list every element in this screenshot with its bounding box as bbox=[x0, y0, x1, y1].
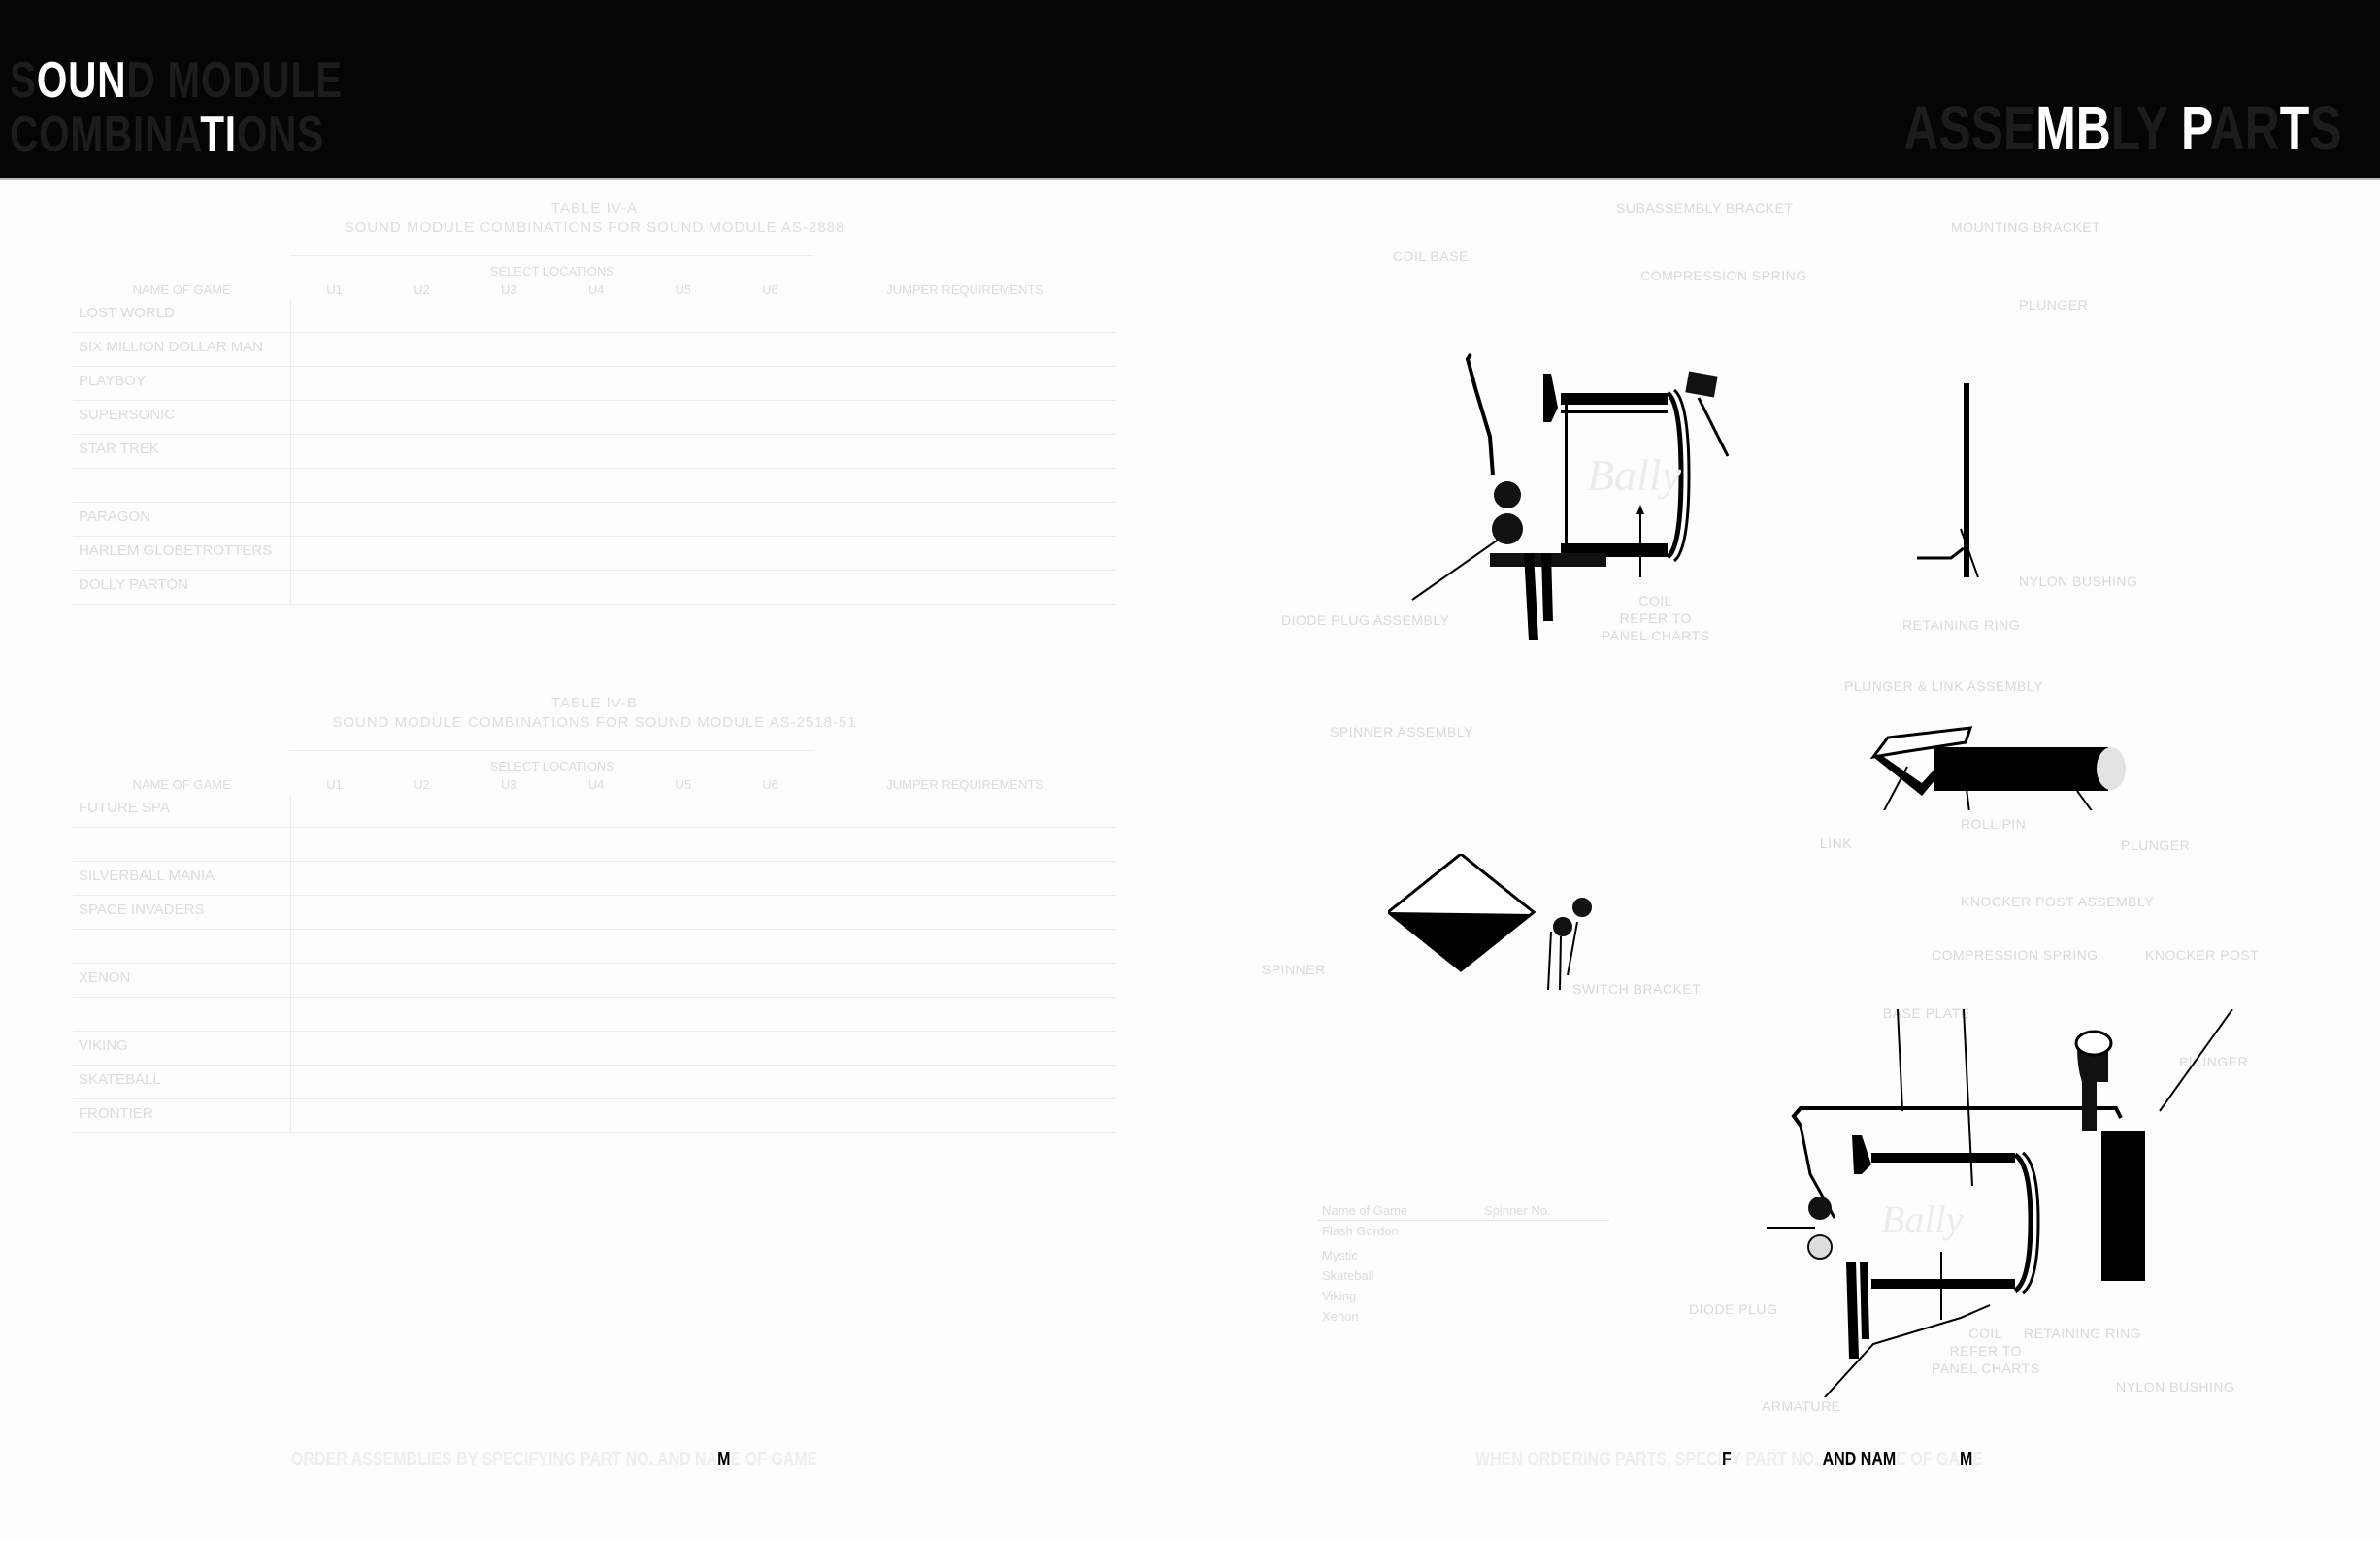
column-header: JUMPER REQUIREMENTS bbox=[813, 775, 1116, 794]
title-faded-text: S bbox=[10, 52, 37, 109]
game-name bbox=[73, 469, 290, 503]
plunger-link-diagram bbox=[1864, 723, 2155, 810]
footer-note-right: WHEN ORDERING PARTS, SPECIFY PART NO. AN… bbox=[1475, 1449, 1983, 1471]
socket-cell bbox=[552, 862, 640, 896]
label-knocker-post: KNOCKER POST bbox=[2145, 946, 2259, 964]
socket-cell bbox=[552, 1032, 640, 1066]
spinner-number bbox=[1480, 1245, 1609, 1265]
socket-cell bbox=[640, 794, 727, 828]
game-name: Xenon bbox=[1318, 1306, 1480, 1327]
socket-cell bbox=[379, 1066, 466, 1099]
socket-cell bbox=[379, 794, 466, 828]
sound-module-table: SELECT LOCATIONS NAME OF GAMEU1U2U3U4U5U… bbox=[73, 750, 1116, 1133]
socket-cell bbox=[290, 1066, 378, 1099]
label-coil-refer: COIL REFER TO PANEL CHARTS bbox=[1602, 592, 1710, 644]
socket-cell bbox=[552, 998, 640, 1032]
title-faded-text: LY bbox=[2110, 93, 2180, 163]
game-name: SUPERSONIC bbox=[73, 401, 290, 435]
label-diode-plug: DIODE PLUG ASSEMBLY bbox=[1281, 611, 1449, 629]
column-headers: NAME OF GAMEU1U2U3U4U5U6JUMPER REQUIREME… bbox=[73, 280, 1116, 299]
table-row: Xenon bbox=[1318, 1306, 1609, 1327]
socket-cell bbox=[727, 1099, 814, 1133]
socket-cell bbox=[290, 367, 378, 401]
socket-cell bbox=[640, 537, 727, 571]
socket-cell bbox=[552, 435, 640, 469]
socket-cell bbox=[552, 537, 640, 571]
socket-cell bbox=[290, 299, 378, 333]
brand-logo: Bally bbox=[1587, 450, 1682, 500]
label-switch-bracket: SWITCH BRACKET bbox=[1572, 980, 1701, 998]
label-spinner-title: SPINNER ASSEMBLY bbox=[1330, 723, 1473, 740]
socket-cell bbox=[640, 930, 727, 964]
table-subtitle: SOUND MODULE COMBINATIONS FOR SOUND MODU… bbox=[73, 218, 1116, 238]
column-header: U2 bbox=[379, 280, 466, 299]
socket-cell bbox=[727, 537, 814, 571]
jumper-cell bbox=[813, 571, 1116, 605]
game-name: HARLEM GLOBETROTTERS bbox=[73, 537, 290, 571]
label-roll-pin: ROLL PIN bbox=[1961, 815, 2026, 833]
title-faded-text: ONS bbox=[237, 107, 324, 163]
socket-cell bbox=[552, 1066, 640, 1099]
footer-faded-text: ORDER ASSEMBLIES BY SPECIFYING PART NO. … bbox=[291, 1449, 717, 1470]
title-visible-text: P bbox=[2181, 93, 2210, 163]
column-header: Name of Game bbox=[1318, 1201, 1480, 1221]
socket-cell bbox=[727, 503, 814, 537]
table-row: FUTURE SPA bbox=[73, 794, 1116, 828]
table-row: LOST WORLD bbox=[73, 299, 1116, 333]
socket-cell bbox=[290, 571, 378, 605]
socket-cell bbox=[640, 503, 727, 537]
title-visible-text: OUN bbox=[37, 52, 126, 109]
socket-cell bbox=[290, 1032, 378, 1066]
socket-cell bbox=[379, 930, 466, 964]
socket-cell bbox=[552, 503, 640, 537]
footer-faded-text: E OF GA bbox=[1896, 1449, 1960, 1470]
footer-note-left: ORDER ASSEMBLIES BY SPECIFYING PART NO. … bbox=[291, 1449, 817, 1471]
socket-cell bbox=[465, 367, 552, 401]
socket-cell bbox=[465, 401, 552, 435]
socket-cell bbox=[552, 401, 640, 435]
socket-cell bbox=[379, 367, 466, 401]
socket-cell bbox=[640, 862, 727, 896]
label-plunger: PLUNGER bbox=[2019, 296, 2088, 313]
socket-cell bbox=[727, 862, 814, 896]
game-name: VIKING bbox=[73, 1032, 290, 1066]
socket-cell bbox=[552, 896, 640, 930]
column-header: U6 bbox=[727, 280, 814, 299]
label-knocker-post-assy: KNOCKER POST ASSEMBLY bbox=[1961, 893, 2154, 910]
spinner-number bbox=[1480, 1221, 1609, 1242]
spinner-number bbox=[1480, 1330, 1609, 1332]
title-visible-text: T bbox=[2279, 93, 2308, 163]
jumper-cell bbox=[813, 862, 1116, 896]
socket-cell bbox=[727, 828, 814, 862]
socket-cell bbox=[727, 401, 814, 435]
socket-cell bbox=[727, 998, 814, 1032]
socket-cell bbox=[640, 435, 727, 469]
socket-cell bbox=[640, 1099, 727, 1133]
label-link: LINK bbox=[1820, 835, 1852, 852]
socket-cell bbox=[290, 537, 378, 571]
table-row bbox=[73, 930, 1116, 964]
socket-cell bbox=[552, 333, 640, 367]
table-row: PARAGON bbox=[73, 503, 1116, 537]
socket-cell bbox=[465, 794, 552, 828]
table-row: Skateball bbox=[1318, 1265, 1609, 1286]
game-name: LOST WORLD bbox=[73, 299, 290, 333]
socket-cell bbox=[465, 435, 552, 469]
table-row: SILVERBALL MANIA bbox=[73, 862, 1116, 896]
socket-cell bbox=[727, 435, 814, 469]
socket-cell bbox=[727, 964, 814, 998]
socket-cell bbox=[465, 896, 552, 930]
socket-cell bbox=[727, 571, 814, 605]
table-row: PLAYBOY bbox=[73, 367, 1116, 401]
socket-cell bbox=[552, 794, 640, 828]
socket-cell bbox=[379, 537, 466, 571]
table-row: SIX MILLION DOLLAR MAN bbox=[73, 333, 1116, 367]
socket-cell bbox=[727, 469, 814, 503]
table-row: SUPERSONIC bbox=[73, 401, 1116, 435]
socket-cell bbox=[379, 435, 466, 469]
jumper-cell bbox=[813, 367, 1116, 401]
label-diode-plug-2: DIODE PLUG bbox=[1689, 1300, 1777, 1318]
socket-cell bbox=[290, 930, 378, 964]
game-name: SPACE INVADERS bbox=[73, 896, 290, 930]
title-visible-text: MB bbox=[2035, 93, 2111, 163]
label-nylon-bushing: NYLON BUSHING bbox=[2019, 573, 2137, 590]
game-name bbox=[1318, 1330, 1480, 1332]
game-name: SKATEBALL bbox=[73, 1066, 290, 1099]
title-faded-text: S bbox=[2309, 93, 2341, 163]
socket-cell bbox=[465, 299, 552, 333]
column-header: U5 bbox=[640, 775, 727, 794]
table-row: VIKING bbox=[73, 1032, 1116, 1066]
socket-cell bbox=[640, 1032, 727, 1066]
jumper-cell bbox=[813, 401, 1116, 435]
column-header: U2 bbox=[379, 775, 466, 794]
game-name: PLAYBOY bbox=[73, 367, 290, 401]
jumper-cell bbox=[813, 299, 1116, 333]
jumper-cell bbox=[813, 794, 1116, 828]
socket-cell bbox=[290, 828, 378, 862]
jumper-cell bbox=[813, 998, 1116, 1032]
socket-cell bbox=[379, 998, 466, 1032]
socket-cell bbox=[552, 469, 640, 503]
label-compression-spring: COMPRESSION SPRING bbox=[1640, 267, 1807, 284]
socket-cell bbox=[379, 333, 466, 367]
group-header: SELECT LOCATIONS bbox=[290, 751, 813, 776]
socket-cell bbox=[727, 930, 814, 964]
game-name: FUTURE SPA bbox=[73, 794, 290, 828]
table-row: FRONTIER bbox=[73, 1099, 1116, 1133]
column-header: U3 bbox=[465, 775, 552, 794]
socket-cell bbox=[727, 896, 814, 930]
column-header: U5 bbox=[640, 280, 727, 299]
jumper-cell bbox=[813, 435, 1116, 469]
socket-cell bbox=[640, 469, 727, 503]
game-name: Skateball bbox=[1318, 1265, 1480, 1286]
jumper-cell bbox=[813, 503, 1116, 537]
footer-visible-text: F bbox=[1722, 1449, 1732, 1470]
socket-cell bbox=[727, 367, 814, 401]
title-visible-text: TI bbox=[200, 107, 237, 163]
socket-cell bbox=[640, 333, 727, 367]
socket-cell bbox=[290, 503, 378, 537]
socket-cell bbox=[465, 862, 552, 896]
table-row bbox=[73, 469, 1116, 503]
socket-cell bbox=[727, 794, 814, 828]
jumper-cell bbox=[813, 1066, 1116, 1099]
socket-cell bbox=[379, 828, 466, 862]
column-header: NAME OF GAME bbox=[73, 280, 290, 299]
column-header: U4 bbox=[552, 280, 640, 299]
label-nylon-bushing-2: NYLON BUSHING bbox=[2116, 1378, 2234, 1395]
game-name: PARAGON bbox=[73, 503, 290, 537]
socket-cell bbox=[290, 998, 378, 1032]
column-header: U3 bbox=[465, 280, 552, 299]
socket-cell bbox=[290, 333, 378, 367]
socket-cell bbox=[379, 1032, 466, 1066]
socket-cell bbox=[379, 964, 466, 998]
socket-cell bbox=[465, 1066, 552, 1099]
column-header: U6 bbox=[727, 775, 814, 794]
column-headers: NAME OF GAMEU1U2U3U4U5U6JUMPER REQUIREME… bbox=[73, 775, 1116, 794]
label-compression-spring-2: COMPRESSION SPRING bbox=[1932, 946, 2099, 964]
socket-cell bbox=[379, 401, 466, 435]
jumper-cell bbox=[813, 930, 1116, 964]
column-header: U1 bbox=[290, 775, 378, 794]
game-name bbox=[73, 998, 290, 1032]
table-row: SKATEBALL bbox=[73, 1066, 1116, 1099]
socket-cell bbox=[290, 469, 378, 503]
socket-cell bbox=[640, 299, 727, 333]
game-name: SILVERBALL MANIA bbox=[73, 862, 290, 896]
jumper-cell bbox=[813, 964, 1116, 998]
footer-faded-text: E OF GAME bbox=[731, 1449, 818, 1470]
game-name: Mystic bbox=[1318, 1245, 1480, 1265]
label-subassembly-bracket: SUBASSEMBLY BRACKET bbox=[1616, 199, 1793, 216]
socket-cell bbox=[290, 896, 378, 930]
jumper-cell bbox=[813, 1032, 1116, 1066]
socket-cell bbox=[290, 794, 378, 828]
socket-cell bbox=[379, 469, 466, 503]
socket-cell bbox=[640, 367, 727, 401]
header-bar: SOUND MODULE COMBINATIONS ASSEMBLY PARTS bbox=[0, 0, 2380, 180]
socket-cell bbox=[640, 571, 727, 605]
socket-cell bbox=[465, 503, 552, 537]
table-row bbox=[73, 828, 1116, 862]
title-faded-text: COMBINA bbox=[10, 107, 200, 163]
column-header: U1 bbox=[290, 280, 378, 299]
socket-cell bbox=[727, 1032, 814, 1066]
socket-cell bbox=[552, 299, 640, 333]
footer-visible-text: M bbox=[1960, 1449, 1972, 1470]
socket-cell bbox=[465, 1099, 552, 1133]
label-retaining-ring: RETAINING RING bbox=[1902, 616, 2020, 634]
socket-cell bbox=[465, 1032, 552, 1066]
socket-cell bbox=[640, 896, 727, 930]
table-iv-a: TABLE IV-A SOUND MODULE COMBINATIONS FOR… bbox=[73, 199, 1116, 605]
socket-cell bbox=[465, 998, 552, 1032]
jumper-cell bbox=[813, 828, 1116, 862]
section-title-right: ASSEMBLY PARTS bbox=[1903, 97, 2341, 159]
table-title: TABLE IV-A bbox=[73, 199, 1116, 218]
table-row: SPACE INVADERS bbox=[73, 896, 1116, 930]
socket-cell bbox=[379, 862, 466, 896]
socket-cell bbox=[290, 1099, 378, 1133]
table-row: STAR TREK bbox=[73, 435, 1116, 469]
game-name: STAR TREK bbox=[73, 435, 290, 469]
socket-cell bbox=[552, 367, 640, 401]
section-title-left: SOUND MODULE COMBINATIONS bbox=[10, 53, 343, 162]
socket-cell bbox=[552, 964, 640, 998]
table-row: Viking bbox=[1318, 1286, 1609, 1306]
socket-cell bbox=[552, 930, 640, 964]
game-name: DOLLY PARTON bbox=[73, 571, 290, 605]
table-row: Flash Gordon bbox=[1318, 1221, 1609, 1242]
socket-cell bbox=[552, 571, 640, 605]
table-row: Mystic bbox=[1318, 1245, 1609, 1265]
brand-logo: Bally bbox=[1881, 1197, 1964, 1241]
socket-cell bbox=[640, 401, 727, 435]
group-header: SELECT LOCATIONS bbox=[290, 256, 813, 281]
footer-faded-text: Y PART NO. bbox=[1732, 1449, 1823, 1470]
column-header: JUMPER REQUIREMENTS bbox=[813, 280, 1116, 299]
socket-cell bbox=[727, 333, 814, 367]
socket-cell bbox=[379, 299, 466, 333]
socket-cell bbox=[640, 1066, 727, 1099]
socket-cell bbox=[552, 828, 640, 862]
table-row: XENON bbox=[73, 964, 1116, 998]
game-name: Viking bbox=[1318, 1286, 1480, 1306]
socket-cell bbox=[640, 964, 727, 998]
socket-cell bbox=[552, 1099, 640, 1133]
socket-cell bbox=[379, 571, 466, 605]
socket-cell bbox=[465, 469, 552, 503]
label-armature: ARMATURE bbox=[1762, 1397, 1841, 1415]
table-row: HARLEM GLOBETROTTERS bbox=[73, 537, 1116, 571]
socket-cell bbox=[640, 828, 727, 862]
game-name: SIX MILLION DOLLAR MAN bbox=[73, 333, 290, 367]
socket-cell bbox=[465, 930, 552, 964]
table-subtitle: SOUND MODULE COMBINATIONS FOR SOUND MODU… bbox=[73, 713, 1116, 733]
table-row: DOLLY PARTON bbox=[73, 571, 1116, 605]
label-plunger-2: PLUNGER bbox=[2121, 836, 2190, 854]
socket-cell bbox=[640, 998, 727, 1032]
socket-cell bbox=[465, 571, 552, 605]
column-header: Spinner No. bbox=[1480, 1201, 1609, 1221]
label-retaining-ring-2: RETAINING RING bbox=[2024, 1325, 2141, 1342]
jumper-cell bbox=[813, 333, 1116, 367]
socket-cell bbox=[727, 1066, 814, 1099]
column-header: U4 bbox=[552, 775, 640, 794]
socket-cell bbox=[379, 896, 466, 930]
title-faded-text: ASSE bbox=[1903, 93, 2035, 163]
socket-cell bbox=[465, 537, 552, 571]
footer-visible-text: M bbox=[717, 1449, 730, 1470]
jumper-cell bbox=[813, 896, 1116, 930]
socket-cell bbox=[379, 1099, 466, 1133]
socket-cell bbox=[379, 503, 466, 537]
sound-module-table: SELECT LOCATIONS NAME OF GAMEU1U2U3U4U5U… bbox=[73, 255, 1116, 605]
footer-visible-text: AND NAM bbox=[1823, 1449, 1897, 1470]
socket-cell bbox=[465, 828, 552, 862]
spinner-number bbox=[1480, 1306, 1609, 1327]
game-name: Flash Gordon bbox=[1318, 1221, 1480, 1242]
table-row bbox=[1318, 1330, 1609, 1332]
socket-cell bbox=[465, 333, 552, 367]
label-mounting-bracket: MOUNTING BRACKET bbox=[1951, 218, 2100, 236]
jumper-cell bbox=[813, 469, 1116, 503]
game-name bbox=[73, 930, 290, 964]
game-name: XENON bbox=[73, 964, 290, 998]
column-header: NAME OF GAME bbox=[73, 775, 290, 794]
jumper-cell bbox=[813, 1099, 1116, 1133]
label-coil-base: COIL BASE bbox=[1393, 247, 1469, 265]
table-row bbox=[73, 998, 1116, 1032]
table-iv-b: TABLE IV-B SOUND MODULE COMBINATIONS FOR… bbox=[73, 694, 1116, 1133]
footer-faded-text: WHEN ORDERING PARTS, SPECI bbox=[1475, 1449, 1722, 1470]
socket-cell bbox=[290, 964, 378, 998]
spinner-number bbox=[1480, 1286, 1609, 1306]
jumper-cell bbox=[813, 537, 1116, 571]
spinner-table: Name of GameSpinner No. Flash GordonMyst… bbox=[1318, 1201, 1609, 1332]
table-title: TABLE IV-B bbox=[73, 694, 1116, 713]
game-name bbox=[73, 828, 290, 862]
socket-cell bbox=[727, 299, 814, 333]
title-faded-text: D MODULE bbox=[126, 52, 343, 109]
socket-cell bbox=[290, 401, 378, 435]
socket-cell bbox=[290, 435, 378, 469]
spinner-diagram bbox=[1388, 854, 1708, 990]
label-plunger-link-title: PLUNGER & LINK ASSEMBLY bbox=[1844, 677, 2043, 695]
spinner-number bbox=[1480, 1265, 1609, 1286]
socket-cell bbox=[290, 862, 378, 896]
socket-cell bbox=[465, 964, 552, 998]
title-faded-text: AR bbox=[2209, 93, 2279, 163]
label-spinner: SPINNER bbox=[1262, 961, 1326, 978]
game-name: FRONTIER bbox=[73, 1099, 290, 1133]
footer-faded-text: E bbox=[1972, 1449, 1983, 1470]
